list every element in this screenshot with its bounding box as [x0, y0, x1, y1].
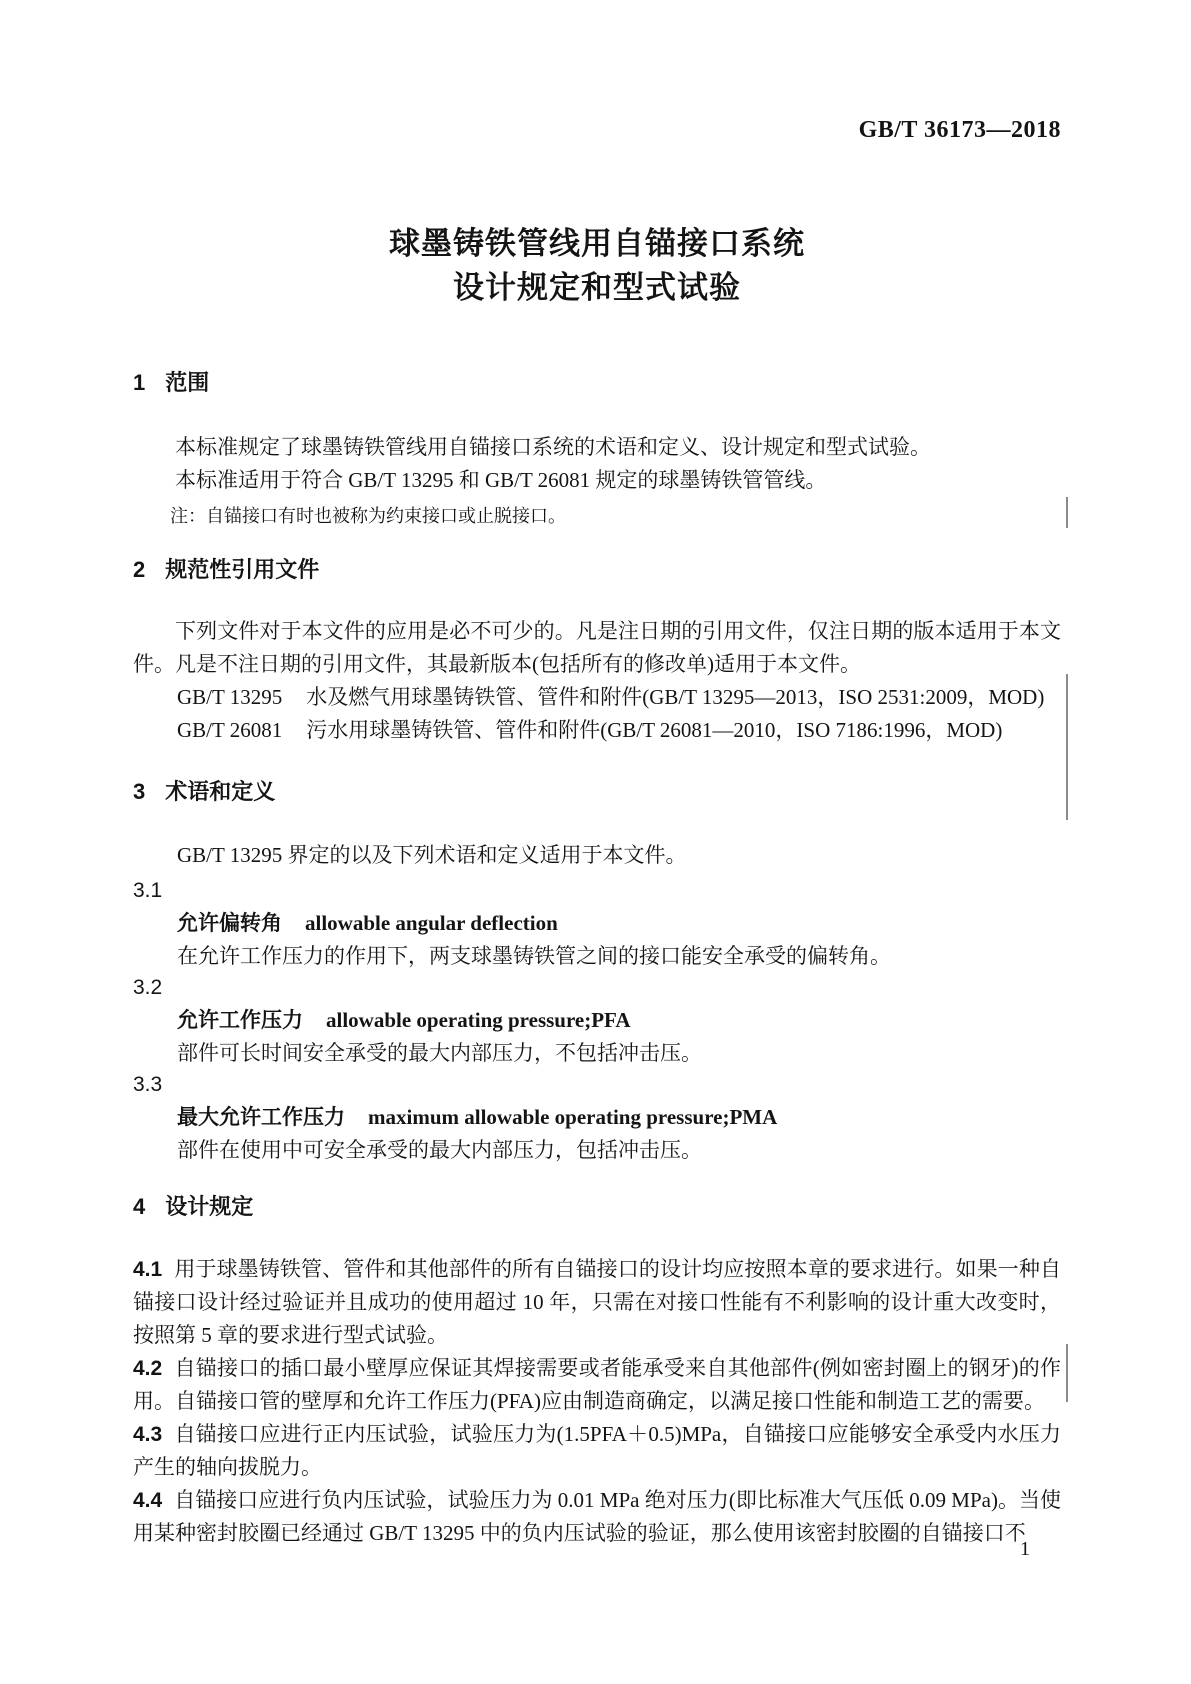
clause-4-4: 4.4自锚接口应进行负内压试验，试验压力为 0.01 MPa 绝对压力(即比标准… [133, 1484, 1061, 1550]
clause-4-2: 4.2自锚接口的插口最小壁厚应保证其焊接需要或者能承受来自其他部件(例如密封圈上… [133, 1352, 1061, 1418]
document-page: GB/T 36173—2018 球墨铸铁管线用自锚接口系统 设计规定和型式试验 … [0, 0, 1191, 1684]
page-number: 1 [1020, 1538, 1030, 1560]
doc-title-line-1: 球墨铸铁管线用自锚接口系统 [133, 222, 1061, 266]
clause-text: 自锚接口应进行负内压试验，试验压力为 0.01 MPa 绝对压力(即比标准大气压… [133, 1488, 1061, 1545]
term-entry: 最大允许工作压力maximum allowable operating pres… [177, 1101, 1061, 1134]
doc-title-line-2: 设计规定和型式试验 [133, 266, 1061, 310]
section-4-title: 设计规定 [165, 1194, 253, 1219]
section-1-title: 范围 [165, 370, 209, 395]
term-definition: 部件可长时间安全承受的最大内部压力，不包括冲击压。 [177, 1037, 1061, 1069]
change-bar [1066, 674, 1068, 820]
section-1-number: 1 [133, 370, 145, 395]
note-text: 自锚接口有时也被称为约束接口或止脱接口。 [206, 506, 566, 526]
clause-number: 4.2 [133, 1357, 162, 1380]
clause-text: 自锚接口应进行正内压试验，试验压力为(1.5PFA＋0.5)MPa，自锚接口应能… [133, 1422, 1061, 1479]
reference-code: GB/T 26081 [177, 718, 282, 742]
term-zh: 最大允许工作压力 [177, 1106, 345, 1129]
section-3-heading: 3术语和定义 [133, 777, 1061, 807]
term-number: 3.3 [133, 1069, 1061, 1101]
clause-text: 用于球墨铸铁管、管件和其他部件的所有自锚接口的设计均应按照本章的要求进行。如果一… [133, 1257, 1061, 1347]
clause-4-1: 4.1用于球墨铸铁管、管件和其他部件的所有自锚接口的设计均应按照本章的要求进行。… [133, 1253, 1061, 1352]
term-number: 3.2 [133, 972, 1061, 1004]
section-3-intro: GB/T 13295 界定的以及下列术语和定义适用于本文件。 [177, 839, 1061, 872]
reference-code: GB/T 13295 [177, 685, 282, 709]
change-bar [1066, 1344, 1068, 1402]
reference-item: GB/T 26081污水用球墨铸铁管、管件和附件(GB/T 26081—2010… [177, 714, 1061, 747]
term-zh: 允许偏转角 [177, 912, 282, 935]
standard-code: GB/T 36173—2018 [133, 116, 1061, 144]
reference-title: 水及燃气用球墨铸铁管、管件和附件(GB/T 13295—2013，ISO 253… [306, 685, 1044, 709]
clause-4-3: 4.3自锚接口应进行正内压试验，试验压力为(1.5PFA＋0.5)MPa，自锚接… [133, 1418, 1061, 1484]
reference-title: 污水用球墨铸铁管、管件和附件(GB/T 26081—2010，ISO 7186:… [306, 718, 1002, 742]
section-3-title: 术语和定义 [165, 779, 275, 804]
section-2-number: 2 [133, 557, 145, 582]
term-en: allowable operating pressure;PFA [326, 1008, 630, 1032]
section-2-heading: 2规范性引用文件 [133, 555, 1061, 585]
section-2-intro: 下列文件对于本文件的应用是必不可少的。凡是注日期的引用文件，仅注日期的版本适用于… [133, 615, 1061, 681]
section-3-number: 3 [133, 779, 145, 804]
note-label: 注： [170, 506, 206, 526]
term-entry: 允许偏转角allowable angular deflection [177, 907, 1061, 940]
term-entry: 允许工作压力allowable operating pressure;PFA [177, 1004, 1061, 1037]
change-bar [1066, 497, 1068, 528]
section-1-paragraph-2: 本标准适用于符合 GB/T 13295 和 GB/T 26081 规定的球墨铸铁… [175, 464, 1061, 497]
term-number: 3.1 [133, 875, 1061, 907]
section-1-note: 注：自锚接口有时也被称为约束接口或止脱接口。 [170, 503, 1061, 529]
term-definition: 部件在使用中可安全承受的最大内部压力，包括冲击压。 [177, 1134, 1061, 1166]
term-en: maximum allowable operating pressure;PMA [368, 1105, 777, 1129]
term-en: allowable angular deflection [305, 911, 558, 935]
clause-number: 4.1 [133, 1258, 162, 1281]
reference-item: GB/T 13295水及燃气用球墨铸铁管、管件和附件(GB/T 13295—20… [177, 681, 1061, 714]
section-4-heading: 4设计规定 [133, 1192, 1061, 1222]
term-definition: 在允许工作压力的作用下，两支球墨铸铁管之间的接口能安全承受的偏转角。 [177, 940, 1061, 972]
section-1-paragraph-1: 本标准规定了球墨铸铁管线用自锚接口系统的术语和定义、设计规定和型式试验。 [175, 431, 1061, 464]
section-1-heading: 1范围 [133, 368, 1061, 398]
term-zh: 允许工作压力 [177, 1009, 303, 1032]
section-2-title: 规范性引用文件 [165, 557, 319, 582]
clause-number: 4.3 [133, 1423, 162, 1446]
section-4-number: 4 [133, 1194, 145, 1219]
clause-text: 自锚接口的插口最小壁厚应保证其焊接需要或者能承受来自其他部件(例如密封圈上的钢牙… [133, 1356, 1061, 1413]
clause-number: 4.4 [133, 1489, 162, 1512]
